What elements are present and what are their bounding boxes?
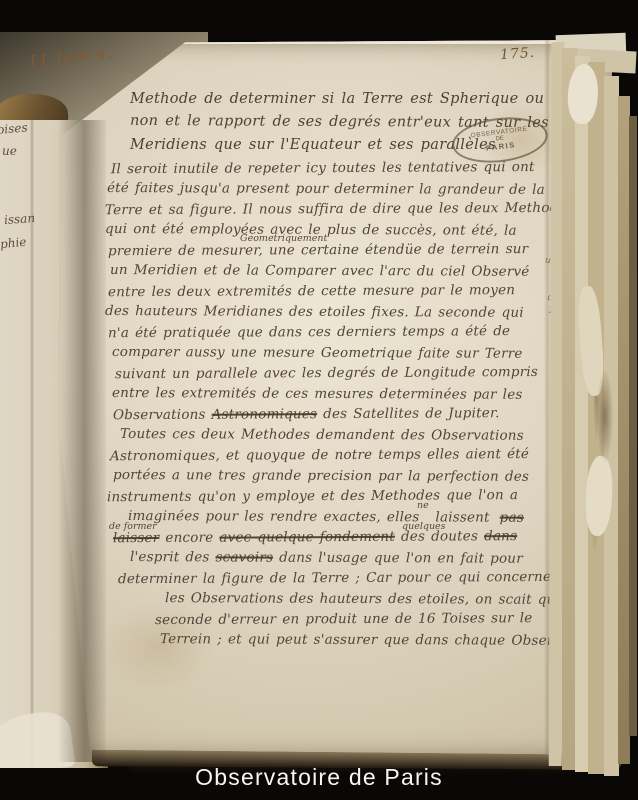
line-text: Terrein ; et qui peut s'assurer que dans… [160,631,597,649]
manuscript-line: Il seroit inutile de repeter icy toutes … [111,157,585,180]
manuscript-line: Terrein ; et qui peut s'assurer que dans… [160,629,585,651]
line-text: imaginées pour les rendre exactes, elles [128,508,420,525]
line-text: l'esprit des [130,549,216,565]
manuscript-line: les Observations des hauteurs des etoile… [165,588,585,610]
line-text: Il seroit inutile de repeter icy toutes … [111,159,535,177]
line-text: été faites jusqu'a present pour determin… [107,179,545,197]
interlinear-insertion: de former [109,517,157,538]
manuscript-page: 175. Methode de determiner si la Terre e… [30,38,615,762]
line-text: determiner la figure de la Terre ; Car p… [118,569,551,587]
manuscript-line: qui ont été employées avec le plus de su… [105,218,585,241]
struck-word: dans [484,528,517,544]
line-text: suivant un parallele avec les degrés de … [115,364,538,382]
line-text: un Meridien et de la Comparer avec l'arc… [110,261,530,279]
line-text: dans l'usage que l'on en fait pour [273,549,523,566]
manuscript-line: un Meridien et de la Comparer avec l'arc… [110,259,585,282]
manuscript-line: Astronomiques, et quoyque de notre temps… [110,444,585,467]
facing-page-text-fragment: Toises [0,120,28,137]
line-text: entre les deux extremités de cette mesur… [108,282,515,300]
manuscript-line: Toutes ces deux Methodes demandent des O… [120,423,585,446]
line-text: Astronomiques, et quoyque de notre temps… [110,446,529,464]
manuscript-line: determiner la figure de la Terre ; Car p… [118,567,585,590]
line-text: encore [159,530,219,546]
photo-black-background: Toises ue issan phie 175. Methode de det… [0,0,638,800]
struck-word: scavoirs [215,549,273,565]
line-text: des Satellites de Jupiter. [317,405,500,422]
manuscript-line-with-strikethrough: laisser encore avec quelque fondement de… [113,526,585,549]
line-text: seconde d'erreur en produit une de 16 To… [155,610,533,628]
manuscript-line: premiere de mesurer, une certaine étendü… [108,239,585,262]
manuscript-line: instruments qu'on y employe et des Metho… [107,485,585,508]
manuscript-body: Il seroit inutile de repeter icy toutes … [105,158,585,650]
manuscript-line-with-strikethrough: Observations Astronomiques des Satellite… [113,403,585,426]
facing-page-text-fragment: ue [2,144,17,158]
manuscript-line: seconde d'erreur en produit une de 16 To… [155,608,585,631]
line-text: Terre et sa figure. Il nous suffira de d… [105,200,574,218]
line-text: les Observations des hauteurs des etoile… [165,590,585,608]
manuscript-line: suivant un parallele avec les degrés de … [115,362,585,385]
struck-word: pas [500,509,524,525]
line-text: des hauteurs Meridianes des etoiles fixe… [105,302,524,320]
right-page-edges [546,36,638,772]
struck-word: avec quelque fondement [219,529,395,546]
struck-word: Astronomiques [212,406,318,423]
line-text: n'a été pratiquée que dans ces derniers … [108,323,510,341]
edge-stain [594,336,616,496]
facing-page-text-fragment: phie [0,235,27,252]
line-text: instruments qu'on y employe et des Metho… [107,487,518,505]
interlinear-insertion: quelques [402,517,446,538]
manuscript-line: des hauteurs Meridianes des etoiles fixe… [105,300,585,323]
page-edge-strip [629,116,637,736]
stamp-text: PARIS [486,141,517,153]
line-text: portées a une tres grande precision par … [113,466,529,484]
photo-caption: Observatoire de Paris [195,764,443,791]
manuscript-line: portées a une tres grande precision par … [113,464,585,487]
manuscript-line: entre les deux extremités de cette mesur… [108,280,585,303]
line-text: Observations [113,407,212,424]
line-text: comparer aussy une mesure Geometrique fa… [112,343,523,361]
manuscript-line: n'a été pratiquée que dans ces derniers … [108,321,585,344]
manuscript-title-line: Methode de determiner si la Terre est Sp… [130,88,560,111]
manuscript-line: Terre et sa figure. Il nous suffira de d… [105,198,585,221]
line-text: Toutes ces deux Methodes demandent des O… [120,425,524,443]
facing-page-text-fragment: issan [4,211,36,227]
manuscript-line: été faites jusqu'a present pour determin… [107,177,585,200]
manuscript-line: comparer aussy une mesure Geometrique fa… [112,341,585,364]
line-text: entre les extremités de ces mesures dete… [112,384,523,402]
manuscript-line: entre les extremités de ces mesures dete… [112,382,585,405]
interlinear-insertion: Geometriquement [240,229,327,250]
manuscript-line-with-strikethrough: imaginées pour les rendre exactes, elles… [128,506,585,528]
book-gutter-shadow [58,120,106,762]
manuscript-line-with-strikethrough: l'esprit des scavoirs dans l'usage que l… [130,547,585,569]
folio-number: 175. [499,45,535,63]
interlinear-insertion: ne [417,496,429,517]
